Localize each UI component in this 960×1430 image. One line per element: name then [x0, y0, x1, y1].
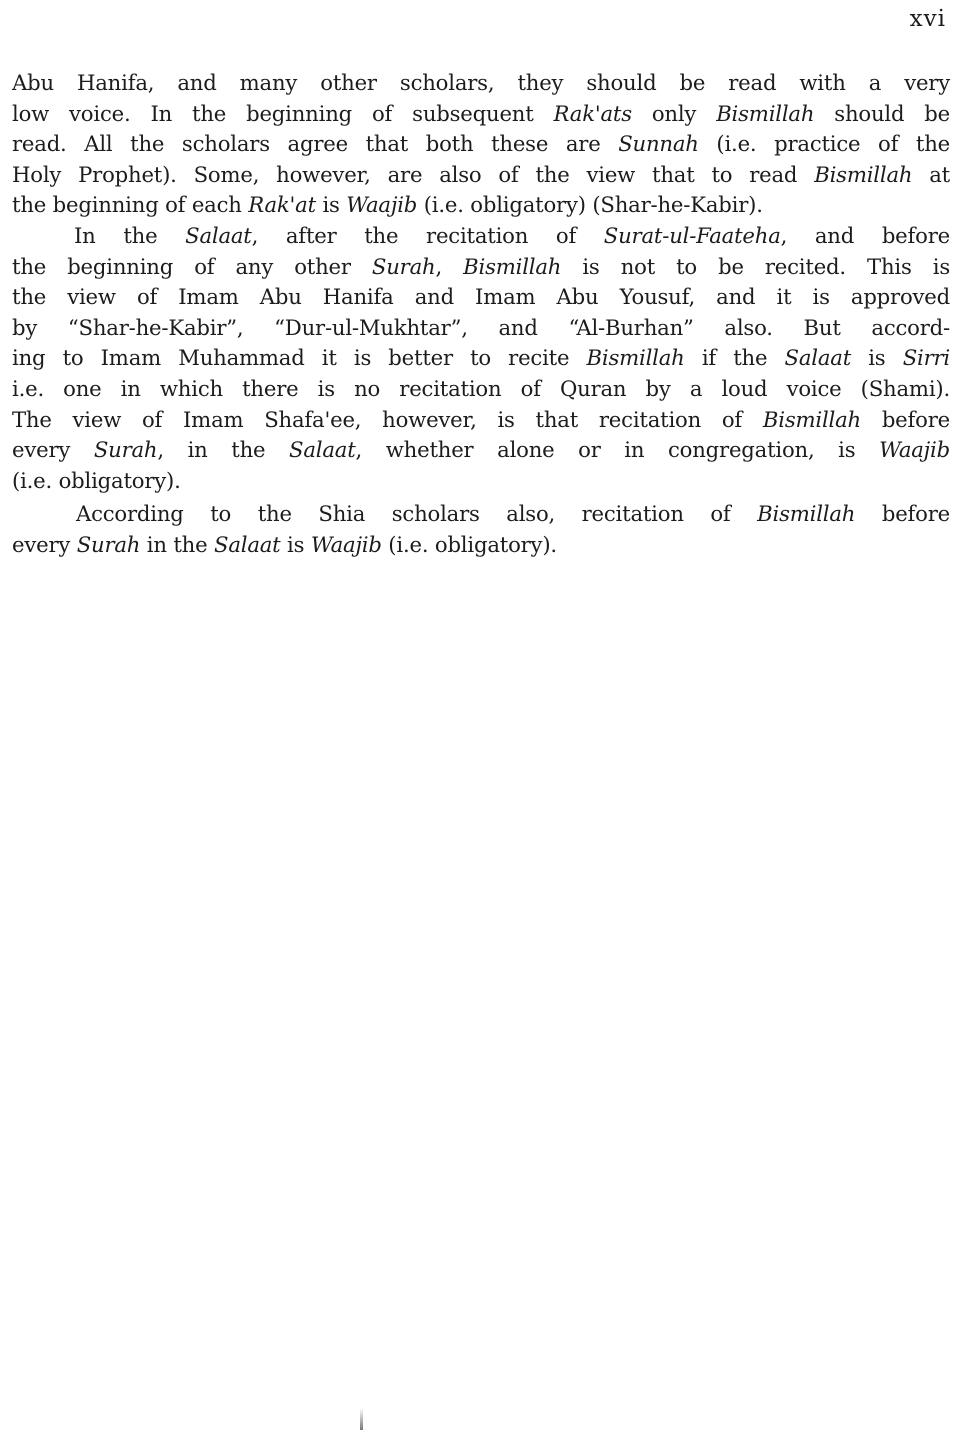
italic-term: Surah: [94, 437, 158, 462]
text-line: read. All the scholars agree that both t…: [12, 129, 950, 160]
text-line: i.e. one in which there is no recitation…: [12, 374, 950, 405]
text-line: every Surah, in the Salaat, whether alon…: [12, 435, 950, 466]
text-line: the view of Imam Abu Hanifa and Imam Abu…: [12, 282, 950, 313]
text-line: (i.e. obligatory).: [12, 466, 950, 497]
page-number: xvi: [910, 6, 946, 32]
italic-term: Surat-ul-Faateha: [604, 223, 781, 248]
italic-term: Bismillah: [757, 501, 855, 526]
scan-artifact-mark: [360, 1408, 363, 1430]
italic-term: Sunnah: [618, 131, 699, 156]
italic-term: Bismillah: [716, 101, 814, 126]
text-line: The view of Imam Shafa'ee, however, is t…: [12, 405, 950, 436]
italic-term: Salaat: [785, 345, 852, 370]
body-text: Abu Hanifa, and many other scholars, the…: [12, 68, 950, 561]
paragraph-3: According to the Shia scholars also, rec…: [12, 499, 950, 560]
italic-term: Waajib: [311, 532, 382, 557]
italic-term: Bismillah: [814, 162, 912, 187]
italic-term: Rak'ats: [554, 101, 632, 126]
italic-term: Salaat: [289, 437, 356, 462]
paragraph-2: In the Salaat, after the recitation of S…: [12, 221, 950, 496]
italic-term: Rak'at: [248, 192, 316, 217]
italic-term: Surah: [372, 254, 436, 279]
text-line: In the Salaat, after the recitation of S…: [12, 221, 950, 252]
text-line: Abu Hanifa, and many other scholars, the…: [12, 68, 950, 99]
italic-term: Bismillah: [463, 254, 561, 279]
italic-term: Salaat: [214, 532, 281, 557]
text-line: According to the Shia scholars also, rec…: [12, 499, 950, 530]
text-line: the beginning of each Rak'at is Waajib (…: [12, 190, 950, 221]
text-line: the beginning of any other Surah, Bismil…: [12, 252, 950, 283]
italic-term: Bismillah: [763, 407, 861, 432]
italic-term: Sirri: [903, 345, 950, 370]
text-line: low voice. In the beginning of subsequen…: [12, 99, 950, 130]
italic-term: Bismillah: [587, 345, 685, 370]
text-line: every Surah in the Salaat is Waajib (i.e…: [12, 530, 950, 561]
italic-term: Salaat: [185, 223, 252, 248]
text-line: Holy Prophet). Some, however, are also o…: [12, 160, 950, 191]
text-line: by “Shar-he-Kabir”, “Dur-ul-Mukhtar”, an…: [12, 313, 950, 344]
italic-term: Waajib: [346, 192, 417, 217]
text-line: ing to Imam Muhammad it is better to rec…: [12, 343, 950, 374]
paragraph-1: Abu Hanifa, and many other scholars, the…: [12, 68, 950, 221]
italic-term: Waajib: [879, 437, 950, 462]
italic-term: Surah: [77, 532, 141, 557]
